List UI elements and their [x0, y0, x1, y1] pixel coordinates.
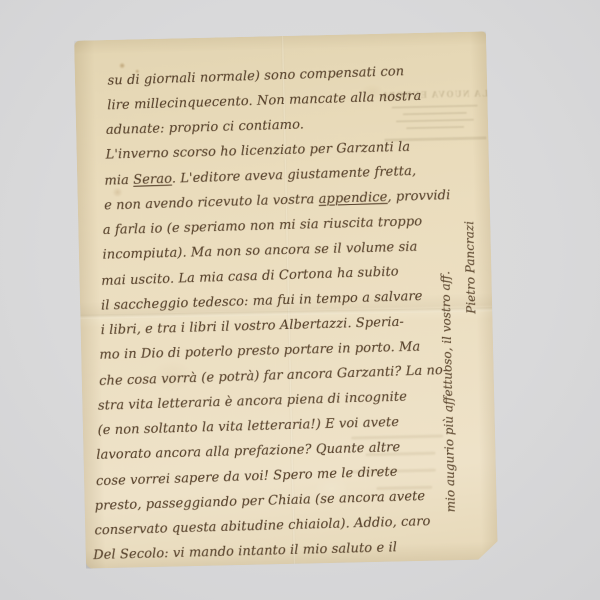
- margin-text: mio augurio più affettuoso, il vostro af…: [432, 211, 491, 512]
- letter-photo: LA NUOVA EUROPA su di giornali normale) …: [0, 0, 600, 600]
- letter-body: su di giornali normale) sono compensati …: [73, 57, 493, 568]
- signature: Pietro Pancrazi: [457, 212, 484, 315]
- letter-paper: LA NUOVA EUROPA su di giornali normale) …: [74, 31, 498, 568]
